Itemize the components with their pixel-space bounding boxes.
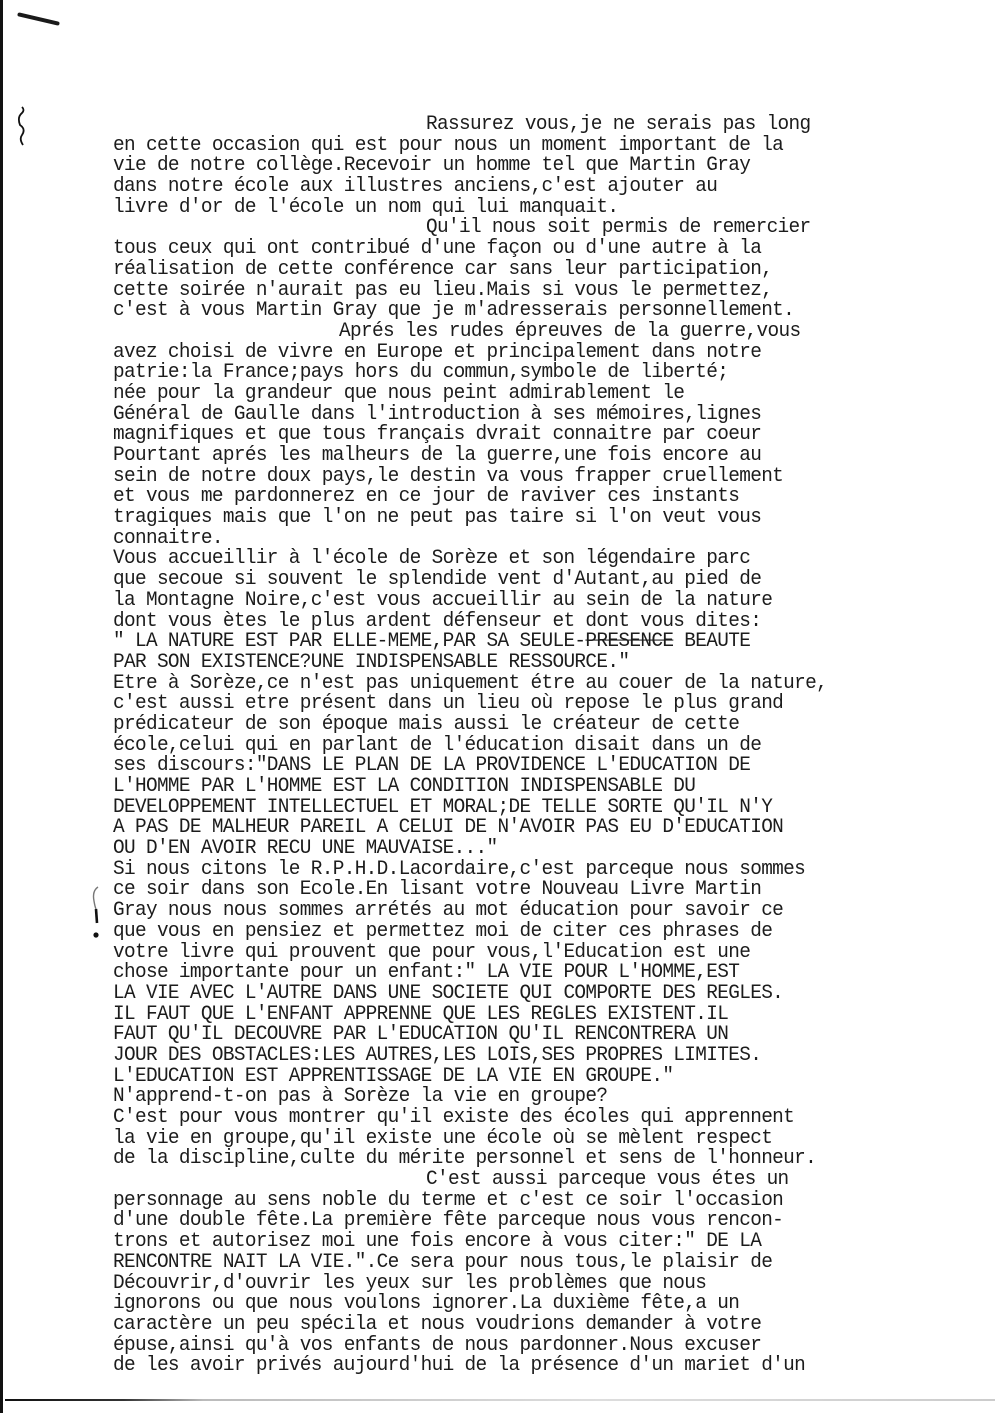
text-line: C'est aussi parceque vous étes un [113,1168,913,1190]
text-line: prédicateur de son époque mais aussi le … [113,713,913,735]
text-line: patrie:la France;pays hors du commun,sym… [113,361,913,383]
text-line: dans notre école aux illustres anciens,c… [113,175,913,197]
text-line: Aprés les rudes épreuves de la guerre,vo… [113,320,913,342]
text-line: trons et autorisez moi une fois encore à… [113,1230,913,1252]
text-line: c'est à vous Martin Gray que je m'adress… [113,299,913,321]
text-line: réalisation de cette conférence car sans… [113,258,913,280]
typewritten-page: Rassurez vous,je ne serais pas longen ce… [113,113,913,1375]
text-line: Gray nous nous sommes arrétés au mot édu… [113,899,913,921]
scan-left-edge [0,0,3,1413]
handwritten-squiggle-icon [16,105,28,147]
text-line: L'HOMME PAR L'HOMME EST LA CONDITION IND… [113,775,913,797]
text-line-with-strikethrough: " LA NATURE EST PAR ELLE-MEME,PAR SA SEU… [113,630,913,652]
text-segment: BEAUTE [673,629,750,652]
struck-word: PRESENCE [585,629,673,652]
text-line: de les avoir privés aujourd'hui de la pr… [113,1354,913,1376]
text-line: Pourtant aprés les malheurs de la guerre… [113,444,913,466]
text-line: ses discours:"DANS LE PLAN DE LA PROVIDE… [113,754,913,776]
text-line: OU D'EN AVOIR RECU UNE MAUVAISE..." [113,837,913,859]
text-segment: " LA NATURE EST PAR ELLE-MEME,PAR SA SEU… [113,629,585,652]
text-line: ignorons ou que nous voulons ignorer.La … [113,1292,913,1314]
text-line: née pour la grandeur que nous peint admi… [113,382,913,404]
text-line: tous ceux qui ont contribué d'une façon … [113,237,913,259]
text-line: la Montagne Noire,c'est vous accueillir … [113,589,913,611]
text-line: chose importante pour un enfant:" LA VIE… [113,961,913,983]
text-line: caractère un peu spécila et nous voudrio… [113,1313,913,1335]
text-line: magnifiques et que tous français dvrait … [113,423,913,445]
text-line: c'est aussi etre présent dans un lieu où… [113,692,913,714]
text-line: que secoue si souvent le splendide vent … [113,568,913,590]
text-line: N'apprend-t-on pas à Sorèze la vie en gr… [113,1085,913,1107]
dash-mark-icon [17,12,60,26]
handwritten-bracket-icon [90,885,104,940]
text-line: RENCONTRE NAIT LA VIE.".Ce sera pour nou… [113,1251,913,1273]
text-line: que vous en pensiez et permettez moi de … [113,920,913,942]
text-line: FAUT QU'IL DECOUVRE PAR L'EDUCATION QU'I… [113,1023,913,1045]
text-line: LA VIE AVEC L'AUTRE DANS UNE SOCIETE QUI… [113,982,913,1004]
text-line: PAR SON EXISTENCE?UNE INDISPENSABLE RESS… [113,651,913,673]
text-line: tragiques mais que l'on ne peut pas tair… [113,506,913,528]
text-line: C'est pour vous montrer qu'il existe des… [113,1106,913,1128]
page-bottom-rule [5,1399,995,1401]
text-line: JOUR DES OBSTACLES:LES AUTRES,LES LOIS,S… [113,1044,913,1066]
text-line: Rassurez vous,je ne serais pas long [113,113,913,135]
